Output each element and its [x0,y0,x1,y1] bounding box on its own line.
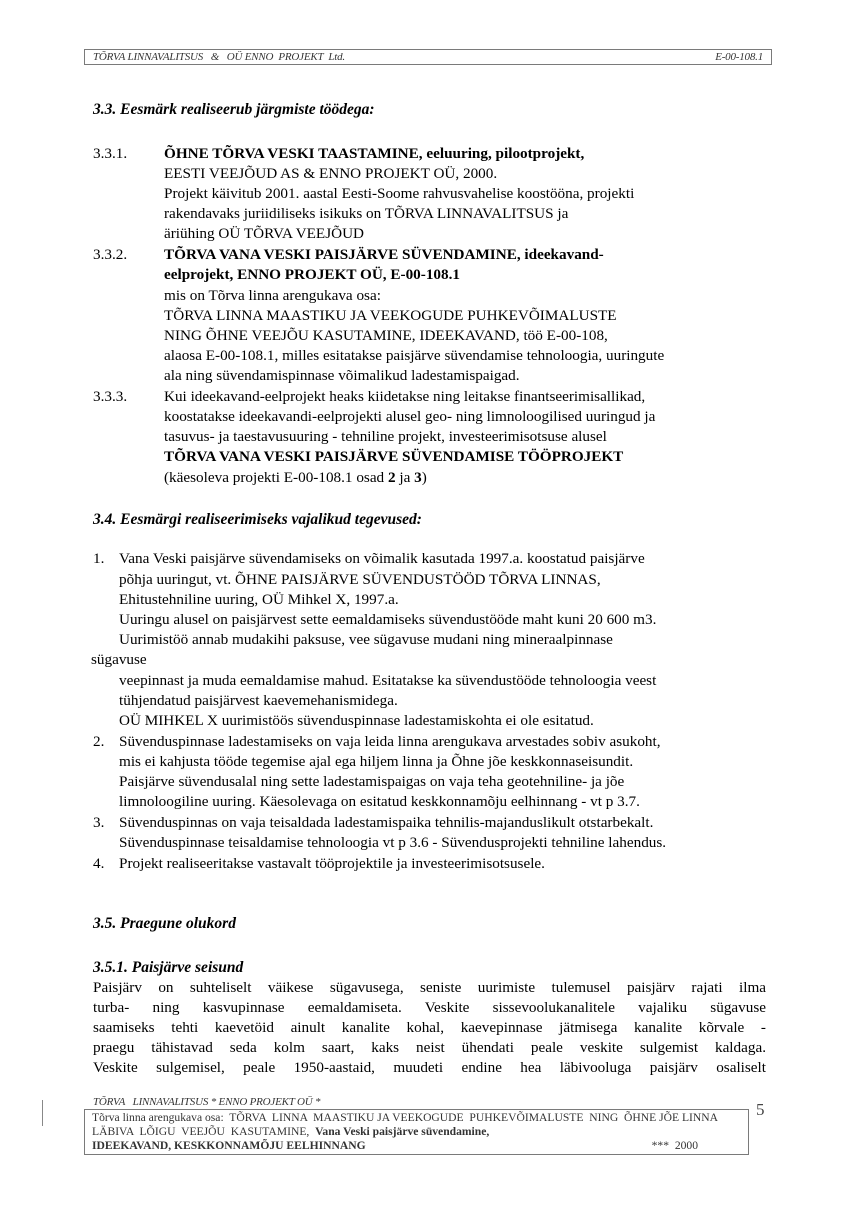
list-line: limnoloogiline uuring. Käesolevaga on es… [119,792,640,812]
list-line: tühjendatud paisjärvest kaevemehanismide… [119,691,398,711]
list-line-overflow: sügavuse [91,650,147,670]
list-line: Süvenduspinnas on vaja teisaldada ladest… [119,813,653,833]
footer-document-type: IDEEKAVAND, KESKKONNAMÕJU EELHINNANG [92,1139,748,1153]
paragraph-line: Paisjärv on suhteliselt väikese sügavuse… [93,978,766,998]
item-line: äriühing OÜ TÕRVA VEEJÕUD [164,224,364,244]
list-number: 2. [93,732,104,752]
list-line: Süvenduspinnase teisaldamise tehnoloogia… [119,833,666,853]
page-number: 5 [756,1100,765,1120]
item-line: Kui ideekavand-eelprojekt heaks kiidetak… [164,387,645,407]
item-title: eelprojekt, ENNO PROJEKT OÜ, E-00-108.1 [164,265,460,285]
item-line: ala ning süvendamispinnase võimalikud la… [164,366,520,386]
item-line: TÕRVA LINNA MAASTIKU JA VEEKOGUDE PUHKEV… [164,306,617,326]
footer-document-title: Vana Veski paisjärve süvendamine, [315,1125,489,1138]
item-title: TÕRVA VANA VESKI PAISJÄRVE SÜVENDAMINE, … [164,245,604,265]
item-line: (käesoleva projekti E-00-108.1 osad 2 ja… [164,468,427,488]
list-line: Vana Veski paisjärve süvendamiseks on võ… [119,549,645,569]
list-line: veepinnast ja muda eemaldamise mahud. Es… [119,671,656,691]
paragraph-line: saamiseks tehti kaevetöid ainult kanalit… [93,1018,766,1038]
footer-line: LÄBIVA LÕIGU VEEJÕU KASUTAMINE, Vana Ves… [92,1125,748,1139]
footer-organizations: TÕRVA LINNAVALITSUS * ENNO PROJEKT OÜ * [93,1096,320,1108]
list-line: Süvenduspinnase ladestamiseks on vaja le… [119,732,661,752]
page-header: TÕRVA LINNAVALITSUS & OÜ ENNO PROJEKT Lt… [84,49,772,65]
list-line: Paisjärve süvendusalal ning sette ladest… [119,772,624,792]
list-number: 1. [93,549,104,569]
list-line: põhja uuringut, vt. ÕHNE PAISJÄRVE SÜVEN… [119,570,601,590]
item-line: EESTI VEEJÕUD AS & ENNO PROJEKT OÜ, 2000… [164,164,497,184]
footer-year: *** 2000 [652,1139,698,1153]
list-number: 4. [93,854,104,874]
item-number: 3.3.3. [93,387,127,407]
paragraph-line: Veskite sulgemisel, peale 1950-aastaid, … [93,1058,766,1078]
list-line: Uurimistöö annab mudakihi paksuse, vee s… [119,630,613,650]
header-organizations: TÕRVA LINNAVALITSUS & OÜ ENNO PROJEKT Lt… [93,51,345,63]
list-line: Projekt realiseeritakse vastavalt tööpro… [119,854,545,874]
list-line: Ehitustehniline uuring, OÜ Mihkel X, 199… [119,590,399,610]
list-line: OÜ MIHKEL X uurimistöös süvenduspinnase … [119,711,594,731]
item-line: koostatakse ideekavandi-eelprojekti alus… [164,407,655,427]
list-line: mis ei kahjusta tööde tegemise ajal ega … [119,752,633,772]
list-number: 3. [93,813,104,833]
footer-line: Tõrva linna arengukava osa: TÕRVA LINNA … [92,1111,748,1125]
item-number: 3.3.2. [93,245,127,265]
paragraph-line: turba- ning kasvupinnase eemaldamiseta. … [93,998,766,1018]
item-line: NING ÕHNE VEEJÕU KASUTAMINE, IDEEKAVAND,… [164,326,608,346]
section-heading: 3.4. Eesmärgi realiseerimiseks vajalikud… [93,510,422,530]
section-heading: 3.3. Eesmärk realiseerub järgmiste tööde… [93,100,375,120]
item-title: TÕRVA VANA VESKI PAISJÄRVE SÜVENDAMISE T… [164,447,623,467]
subsection-heading: 3.5.1. Paisjärve seisund [93,958,243,978]
item-line: rakendavaks juriidiliseks isikuks on TÕR… [164,204,568,224]
item-line: Projekt käivitub 2001. aastal Eesti-Soom… [164,184,634,204]
item-number: 3.3.1. [93,144,127,164]
change-bar [42,1100,43,1126]
list-line: Uuringu alusel on paisjärvest sette eema… [119,610,656,630]
item-line: mis on Tõrva linna arengukava osa: [164,286,381,306]
item-line: tasuvus- ja taestavusuuring - tehniline … [164,427,607,447]
footer-text: LÄBIVA LÕIGU VEEJÕU KASUTAMINE, [92,1125,315,1138]
paragraph-line: praegu tähistavad seda kolm saart, kaks … [93,1038,766,1058]
item-title: ÕHNE TÕRVA VESKI TAASTAMINE, eeluuring, … [164,144,584,164]
header-project-code: E-00-108.1 [715,51,763,63]
item-line: alaosa E-00-108.1, milles esitatakse pai… [164,346,664,366]
section-heading: 3.5. Praegune olukord [93,914,236,934]
footer-box: Tõrva linna arengukava osa: TÕRVA LINNA … [84,1109,749,1155]
